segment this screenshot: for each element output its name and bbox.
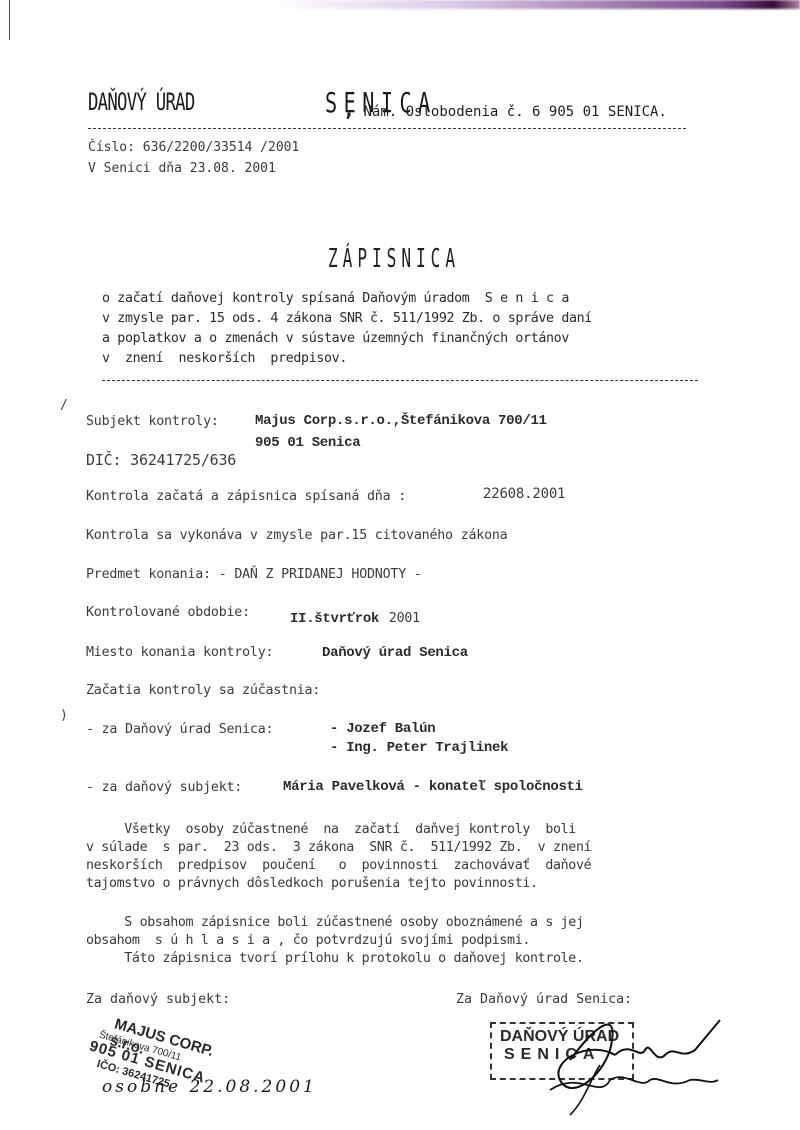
place-and-date: V Senici dňa 23.08. 2001 xyxy=(88,161,276,176)
office-participant: - Jozef Balún xyxy=(330,721,435,737)
office-participants-label: - za Daňový úrad Senica: xyxy=(86,722,273,737)
intro-line: v zmysle par. 15 ods. 4 zákona SNR č. 51… xyxy=(102,311,592,326)
paragraph-line: S obsahom zápisnice boli zúčastnené osob… xyxy=(86,915,584,930)
participants-heading: Začatia kontroly sa zúčastnia: xyxy=(86,683,320,698)
paragraph-line: tajomstvo o právnych dôsledkoch porušeni… xyxy=(86,876,538,891)
paragraph-line: neskorších predpisov poučení o povinnost… xyxy=(86,858,591,873)
intro-line: o začatí daňovej kontroly spísaná Daňový… xyxy=(102,291,569,306)
legal-basis: Kontrola sa vykonáva v zmysle par.15 cit… xyxy=(86,528,508,543)
dic-field: DIČ: 36241725/636 xyxy=(86,451,236,469)
start-date-value: 22608.2001 xyxy=(483,486,565,502)
taxpayer-participant-label: - za daňový subjekt: xyxy=(86,780,242,795)
paragraph-line: Táto zápisnica tvorí prílohu k protokolu… xyxy=(86,951,584,966)
scan-edge-line xyxy=(9,0,10,40)
margin-mark: ) xyxy=(60,708,68,723)
handwritten-date-note: osobne 22.08.2001 xyxy=(102,1077,317,1097)
paragraph-line: Všetky osoby zúčastnené na začatí daňvej… xyxy=(86,822,576,837)
office-address: , Nám. Oslobodenia č. 6 905 01 SENICA. xyxy=(343,97,667,121)
official-signature xyxy=(530,1010,730,1120)
margin-mark: / xyxy=(60,398,68,413)
intro-line: a poplatkov a o zmenách v sústave územný… xyxy=(102,331,569,346)
office-name: DAŇOVÝ ÚRAD xyxy=(88,88,195,116)
period-label: Kontrolované obdobie: xyxy=(86,605,250,620)
taxpayer-participant-value: Mária Pavelková - konateľ spoločnosti xyxy=(283,779,583,795)
subject-matter: Predmet konania: - DAŇ Z PRIDANEJ HODNOT… xyxy=(86,567,422,582)
intro-divider xyxy=(102,380,698,381)
paragraph-line: obsahom s ú h l a s i a , čo potvrdzujú … xyxy=(86,933,530,948)
taxpayer-signature-label: Za daňový subjekt: xyxy=(86,992,230,1007)
document-number: Číslo: 636/2200/33514 /2001 xyxy=(88,140,299,155)
start-date-label: Kontrola začatá a zápisnica spísaná dňa … xyxy=(86,489,406,504)
subject-value: Majus Corp.s.r.o.,Štefánikova 700/11 xyxy=(255,413,547,429)
intro-line: v znení neskorších predpisov. xyxy=(102,351,347,366)
place-label: Miesto konania kontroly: xyxy=(86,645,273,660)
document-title: ZÁPISNICA xyxy=(328,244,460,274)
office-signature-label: Za Daňový úrad Senica: xyxy=(456,992,632,1007)
header-divider xyxy=(88,128,686,129)
scan-edge-smear xyxy=(270,0,800,9)
place-value: Daňový úrad Senica xyxy=(322,645,468,661)
subject-label: Subjekt kontroly: xyxy=(86,414,219,429)
subject-value-city: 905 01 Senica xyxy=(255,435,360,451)
office-participant: - Ing. Peter Trajlinek xyxy=(330,740,508,756)
period-value: II.štvrťrok 2001 xyxy=(290,607,420,627)
paragraph-line: v súlade s par. 23 ods. 3 zákona SNR č. … xyxy=(86,840,591,855)
